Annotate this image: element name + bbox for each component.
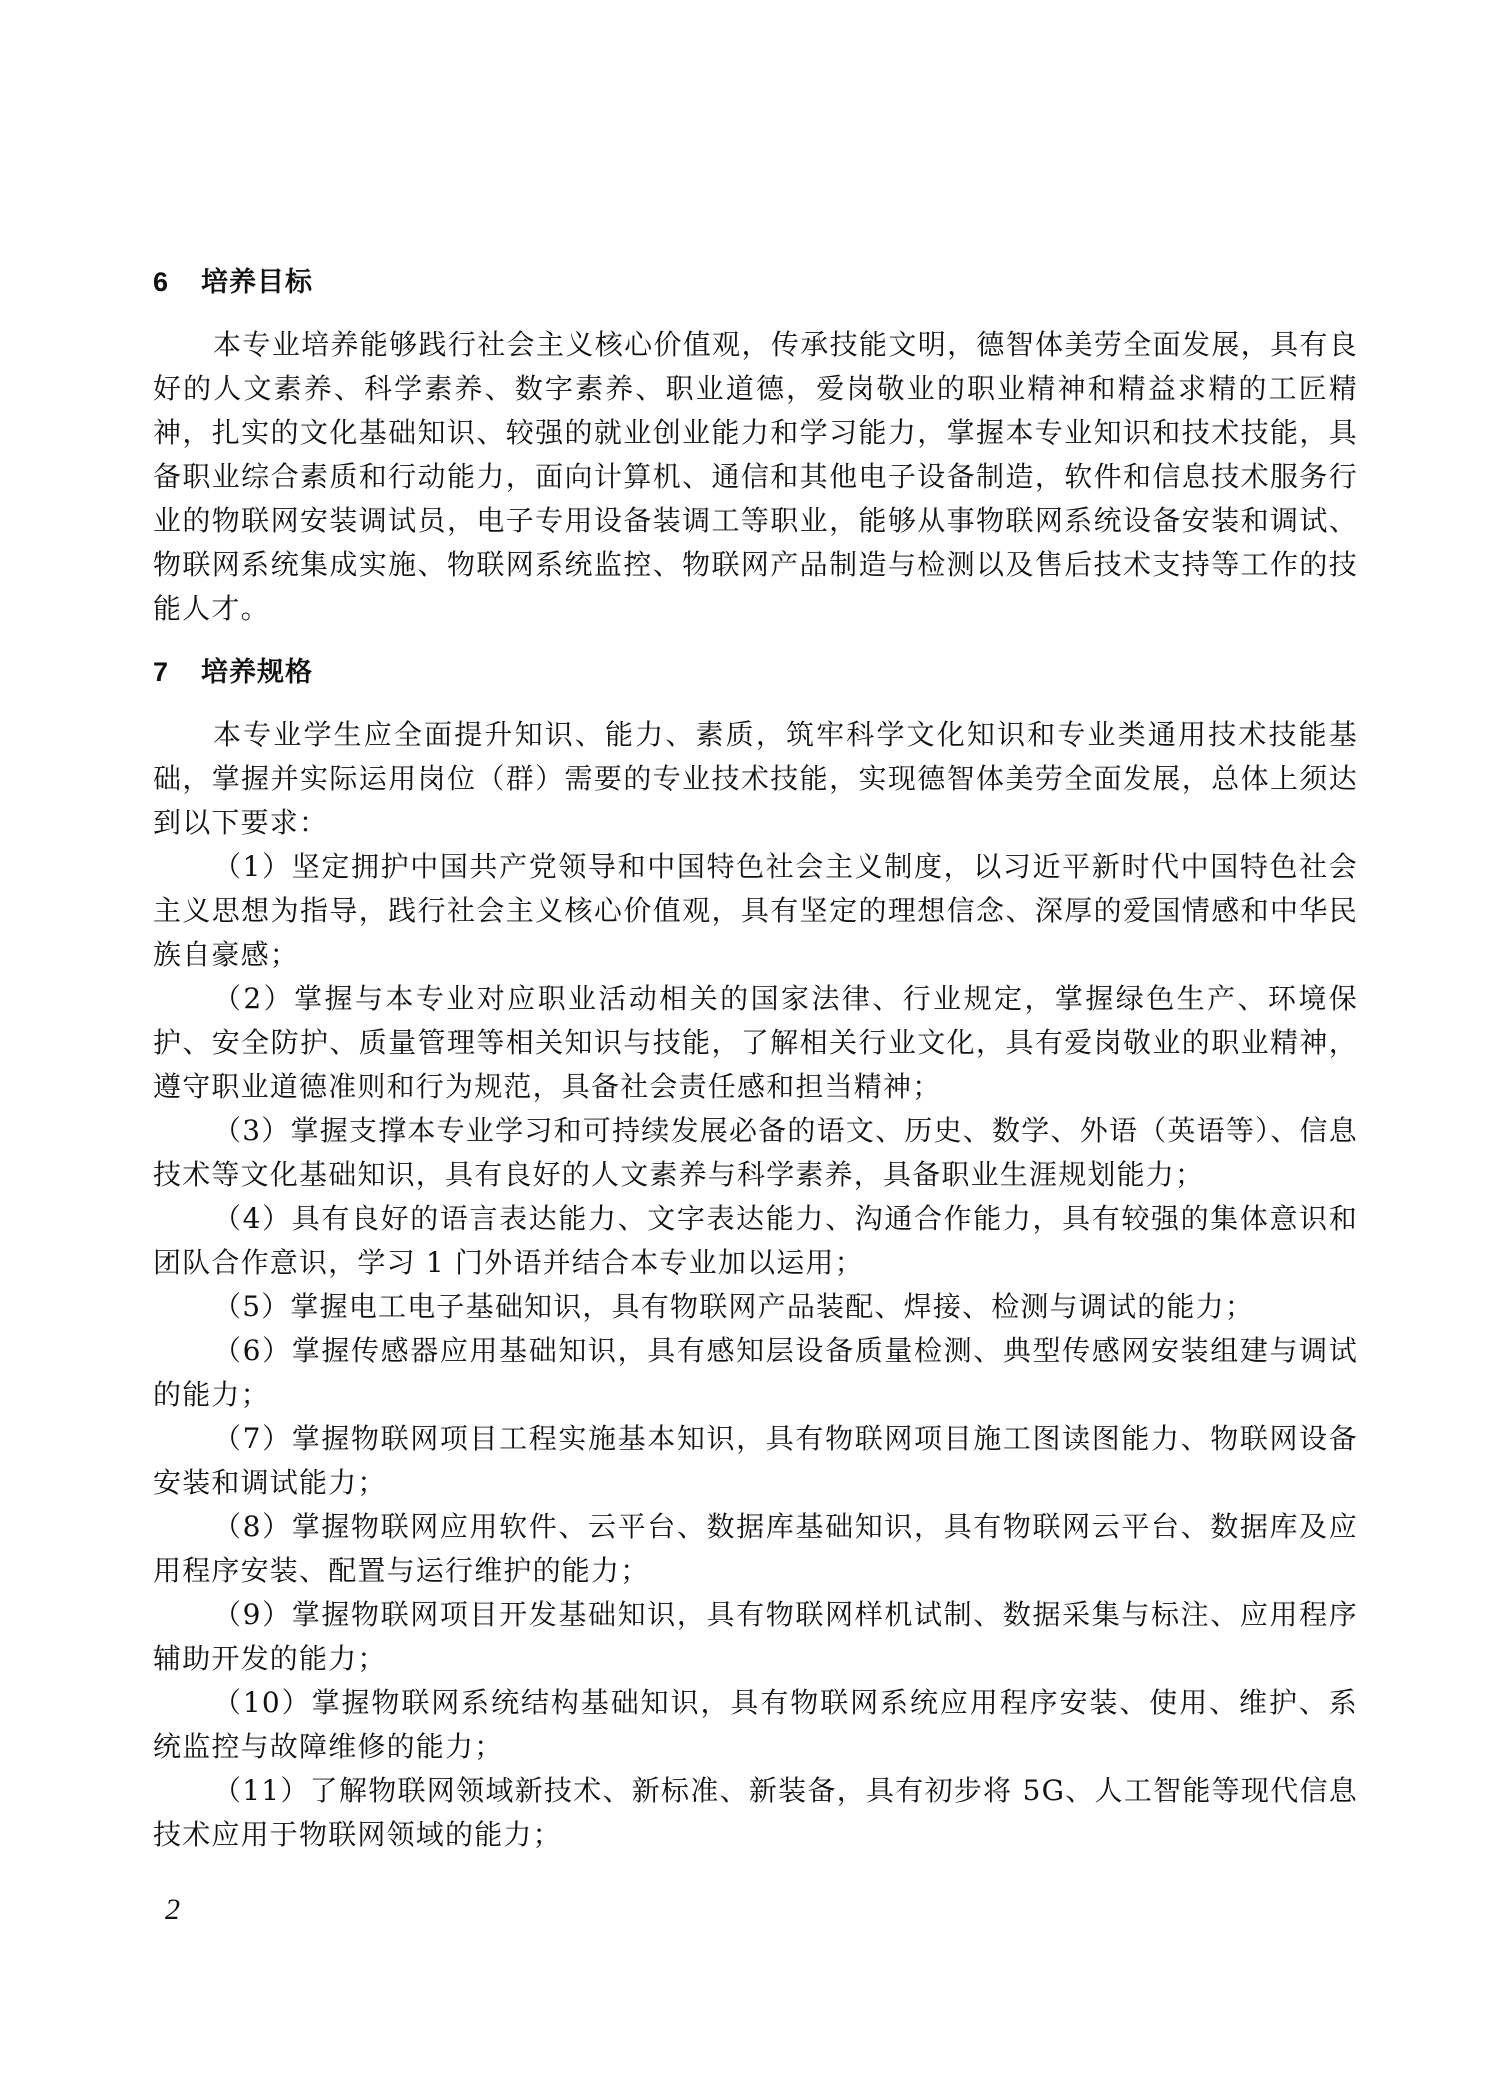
section-number: 6 — [153, 262, 201, 302]
requirement-item-6: （6）掌握传感器应用基础知识，具有感知层设备质量检测、典型传感网安装组建与调试的… — [153, 1329, 1358, 1417]
section-heading-7: 7培养规格 — [153, 652, 313, 693]
requirement-item-11: （11）了解物联网领域新技术、新标准、新装备，具有初步将 5G、人工智能等现代信… — [153, 1769, 1358, 1857]
section-number: 7 — [153, 652, 201, 692]
section-title: 培养目标 — [201, 267, 313, 298]
section-title: 培养规格 — [201, 657, 313, 688]
requirement-item-5: （5）掌握电工电子基础知识，具有物联网产品装配、焊接、检测与调试的能力； — [153, 1285, 1358, 1329]
requirement-item-1: （1）坚定拥护中国共产党领导和中国特色社会主义制度，以习近平新时代中国特色社会主… — [153, 845, 1358, 977]
page-number: 2 — [165, 1890, 180, 1930]
section-7-intro: 本专业学生应全面提升知识、能力、素质，筑牢科学文化知识和专业类通用技术技能基础，… — [153, 713, 1358, 845]
requirement-item-7: （7）掌握物联网项目工程实施基本知识，具有物联网项目施工图读图能力、物联网设备安… — [153, 1417, 1358, 1505]
requirement-item-10: （10）掌握物联网系统结构基础知识，具有物联网系统应用程序安装、使用、维护、系统… — [153, 1681, 1358, 1769]
section-6-paragraph: 本专业培养能够践行社会主义核心价值观，传承技能文明，德智体美劳全面发展，具有良好… — [153, 323, 1358, 631]
requirement-item-4: （4）具有良好的语言表达能力、文字表达能力、沟通合作能力，具有较强的集体意识和团… — [153, 1197, 1358, 1285]
requirement-item-9: （9）掌握物联网项目开发基础知识，具有物联网样机试制、数据采集与标注、应用程序辅… — [153, 1593, 1358, 1681]
requirement-item-2: （2）掌握与本专业对应职业活动相关的国家法律、行业规定，掌握绿色生产、环境保护、… — [153, 977, 1358, 1109]
requirement-item-8: （8）掌握物联网应用软件、云平台、数据库基础知识，具有物联网云平台、数据库及应用… — [153, 1505, 1358, 1593]
requirement-item-3: （3）掌握支撑本专业学习和可持续发展必备的语文、历史、数学、外语（英语等）、信息… — [153, 1109, 1358, 1197]
section-heading-6: 6培养目标 — [153, 262, 313, 303]
